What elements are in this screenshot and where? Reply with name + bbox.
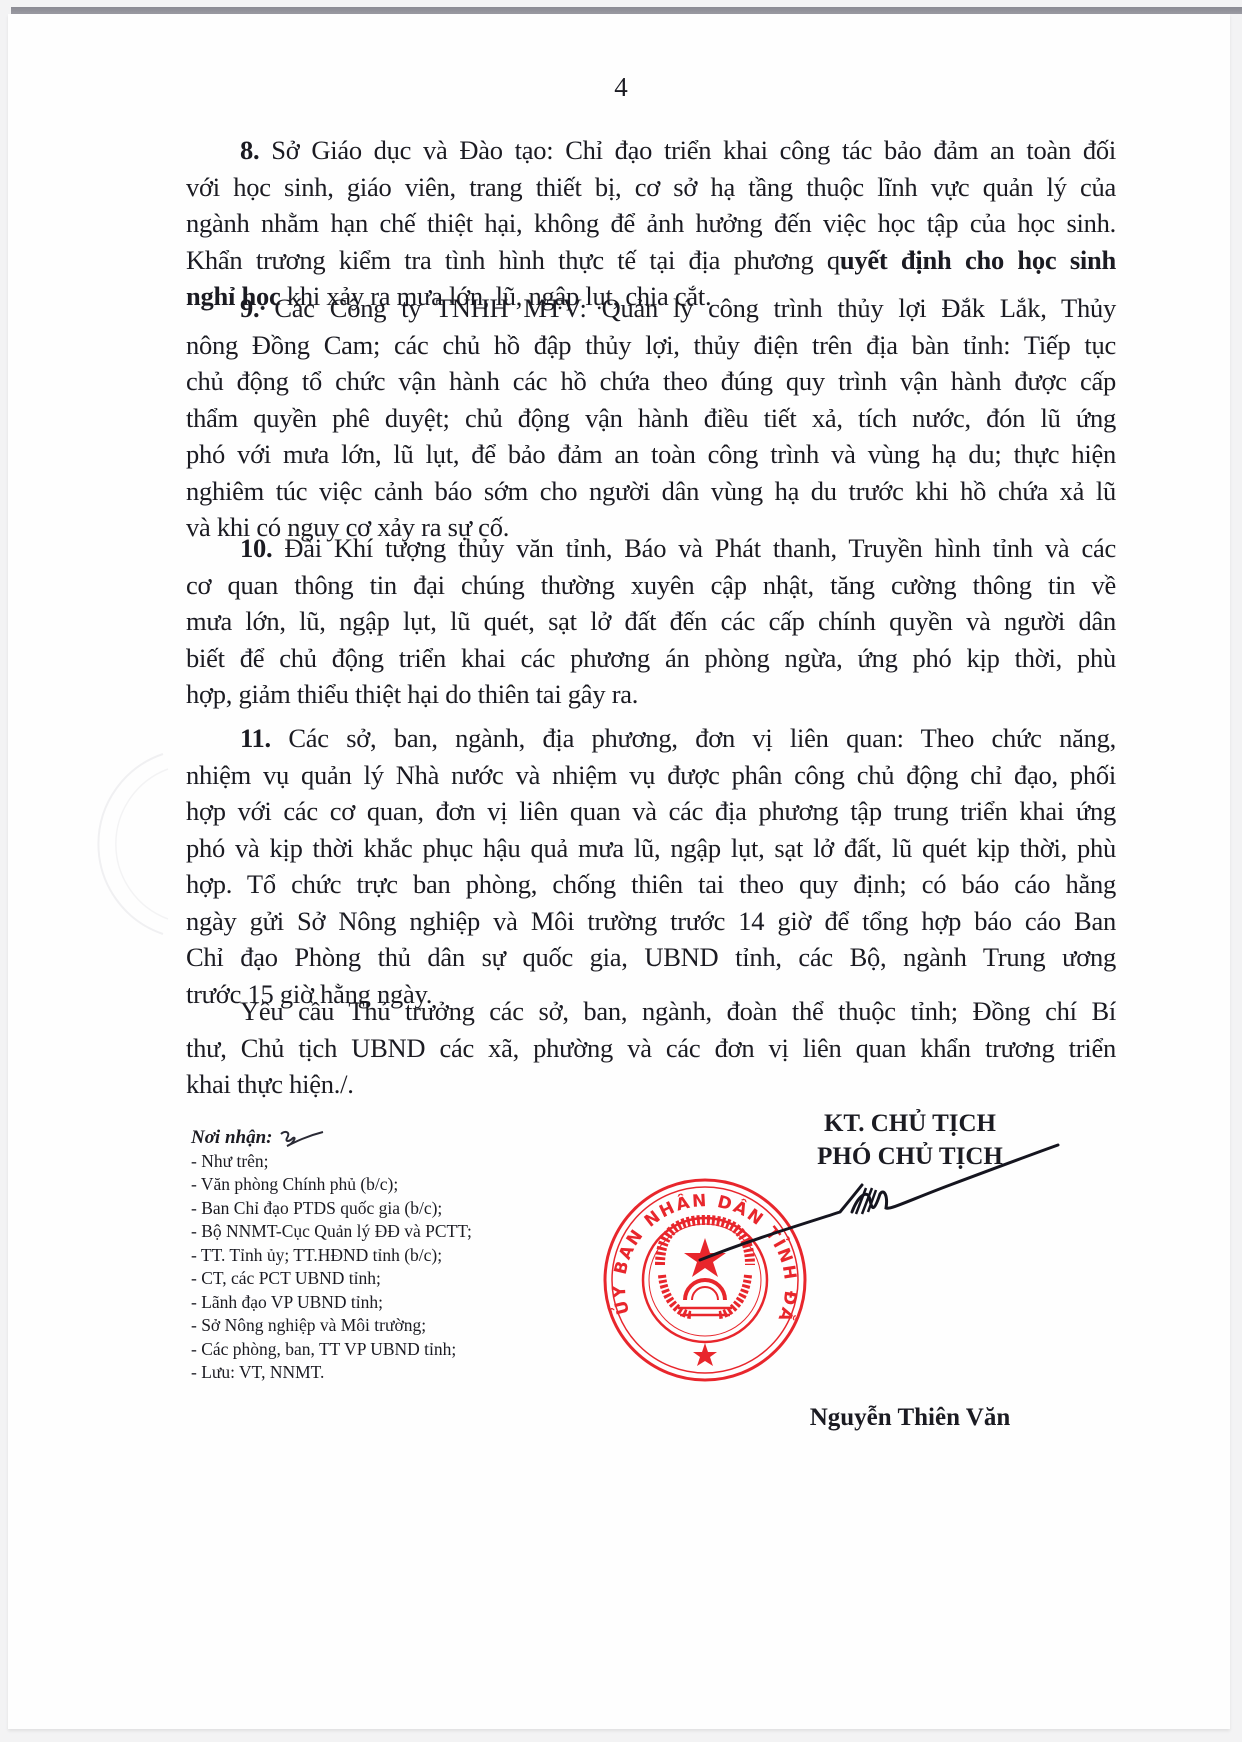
recipients-list: - Như trên;- Văn phòng Chính phủ (b/c);-… xyxy=(191,1150,472,1385)
recipients-heading: Nơi nhận: xyxy=(191,1126,472,1150)
text-line: nhiệm vụ quản lý Nhà nước và nhiệm vụ đư… xyxy=(186,757,1116,794)
text-line: 9. Các Công ty TNHH MTV: Quản lý công tr… xyxy=(186,290,1116,327)
text-line: 11. Các sở, ban, ngành, địa phương, đơn … xyxy=(186,720,1116,757)
recipient-item: - CT, các PCT UBND tỉnh; xyxy=(191,1267,472,1291)
text-line: hợp với các cơ quan, đơn vị liên quan và… xyxy=(186,793,1116,830)
recipients-title: Nơi nhận: xyxy=(191,1127,272,1148)
paragraph-8: 8. Sở Giáo dục và Đào tạo: Chỉ đạo triển… xyxy=(186,132,1116,315)
text-line: nghiêm túc việc cảnh báo sớm cho người d… xyxy=(186,473,1116,510)
recipient-item: - TT. Tỉnh ủy; TT.HĐND tỉnh (b/c); xyxy=(191,1244,472,1268)
text-line: chủ động tổ chức vận hành các hồ chứa th… xyxy=(186,363,1116,400)
recipient-item: - Ban Chỉ đạo PTDS quốc gia (b/c); xyxy=(191,1197,472,1221)
paragraph-9: 9. Các Công ty TNHH MTV: Quản lý công tr… xyxy=(186,290,1116,546)
text-line: phó và kịp thời khắc phục hậu quả mưa lũ… xyxy=(186,830,1116,867)
recipient-item: - Các phòng, ban, TT VP UBND tỉnh; xyxy=(191,1338,472,1362)
text-line: 8. Sở Giáo dục và Đào tạo: Chỉ đạo triển… xyxy=(186,132,1116,169)
text-line: mưa lớn, lũ, ngập lụt, lũ quét, sạt lở đ… xyxy=(186,603,1116,640)
text-line: Yêu cầu Thủ trưởng các sở, ban, ngành, đ… xyxy=(186,993,1116,1030)
paragraph-11: 11. Các sở, ban, ngành, địa phương, đơn … xyxy=(186,720,1116,1012)
recipient-item: - Sở Nông nghiệp và Môi trường; xyxy=(191,1314,472,1338)
text-line: ngày gửi Sở Nông nghiệp và Môi trường tr… xyxy=(186,903,1116,940)
recipient-item: - Lưu: VT, NNMT. xyxy=(191,1361,472,1385)
text-line: nông Đồng Cam; các chủ hồ đập thủy lợi, … xyxy=(186,327,1116,364)
recipients-block: Nơi nhận: - Như trên;- Văn phòng Chính p… xyxy=(191,1126,472,1385)
recipient-item: - Lãnh đạo VP UBND tỉnh; xyxy=(191,1291,472,1315)
recipient-item: - Như trên; xyxy=(191,1150,472,1174)
text-line: 10. Đài Khí tượng thủy văn tỉnh, Báo và … xyxy=(186,530,1116,567)
recipient-item: - Văn phòng Chính phủ (b/c); xyxy=(191,1173,472,1197)
viewer-top-edge xyxy=(11,7,1242,14)
text-line: khai thực hiện./. xyxy=(186,1066,1116,1103)
handwritten-signature-icon xyxy=(690,1130,1060,1270)
initial-signature-icon xyxy=(277,1128,327,1150)
text-line: Khẩn trương kiểm tra tình hình thực tế t… xyxy=(186,242,1116,279)
text-line: phó với mưa lớn, lũ lụt, để bảo đảm an t… xyxy=(186,436,1116,473)
text-line: hợp, giảm thiểu thiệt hại do thiên tai g… xyxy=(186,676,1116,713)
page-number: 4 xyxy=(0,72,1242,103)
text-line: thẩm quyền phê duyệt; chủ động vận hành … xyxy=(186,400,1116,437)
text-line: cơ quan thông tin đại chúng thường xuyên… xyxy=(186,567,1116,604)
text-line: với học sinh, giáo viên, trang thiết bị,… xyxy=(186,169,1116,206)
text-line: biết để chủ động triển khai các phương á… xyxy=(186,640,1116,677)
text-line: thư, Chủ tịch UBND các xã, phường và các… xyxy=(186,1030,1116,1067)
paragraph-10: 10. Đài Khí tượng thủy văn tỉnh, Báo và … xyxy=(186,530,1116,713)
recipient-item: - Bộ NNMT-Cục Quản lý ĐĐ và PCTT; xyxy=(191,1220,472,1244)
text-line: hợp. Tổ chức trực ban phòng, chống thiên… xyxy=(186,866,1116,903)
text-line: Chỉ đạo Phòng thủ dân sự quốc gia, UBND … xyxy=(186,939,1116,976)
signer-name: Nguyễn Thiên Văn xyxy=(760,1404,1060,1432)
closing-paragraph: Yêu cầu Thủ trưởng các sở, ban, ngành, đ… xyxy=(186,993,1116,1103)
text-line: ngành nhằm hạn chế thiệt hại, không để ả… xyxy=(186,205,1116,242)
faint-stamp-mark-icon xyxy=(63,744,173,944)
